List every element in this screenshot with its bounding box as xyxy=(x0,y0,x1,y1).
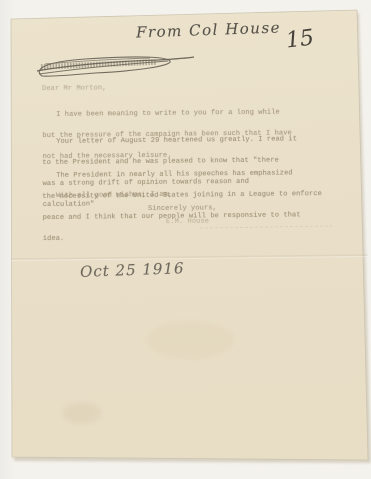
ghost-smudge xyxy=(145,320,235,360)
paragraph-line: Your letter of August 29 heartened us gr… xyxy=(42,136,297,146)
signoff-line: Sincerely yours, xyxy=(148,205,217,213)
paragraph-line: idea. xyxy=(43,233,323,243)
scanned-letter-page: From Col House 15 Oct 25 1916 Dear Mr Mo… xyxy=(0,0,371,479)
date-annotation: Oct 25 1916 xyxy=(80,259,185,281)
salutation: Dear Mr Morton, xyxy=(42,85,107,93)
page-number-annotation: 15 xyxy=(285,25,316,53)
paragraph-line: I have been meaning to write to you for … xyxy=(42,109,292,119)
paragraph-line: The President in nearly all his speeches… xyxy=(42,170,322,180)
closing-line: With all good wishes, I am, xyxy=(56,192,172,200)
signature: E.M. House xyxy=(166,219,209,226)
pencil-smudge xyxy=(62,402,102,424)
